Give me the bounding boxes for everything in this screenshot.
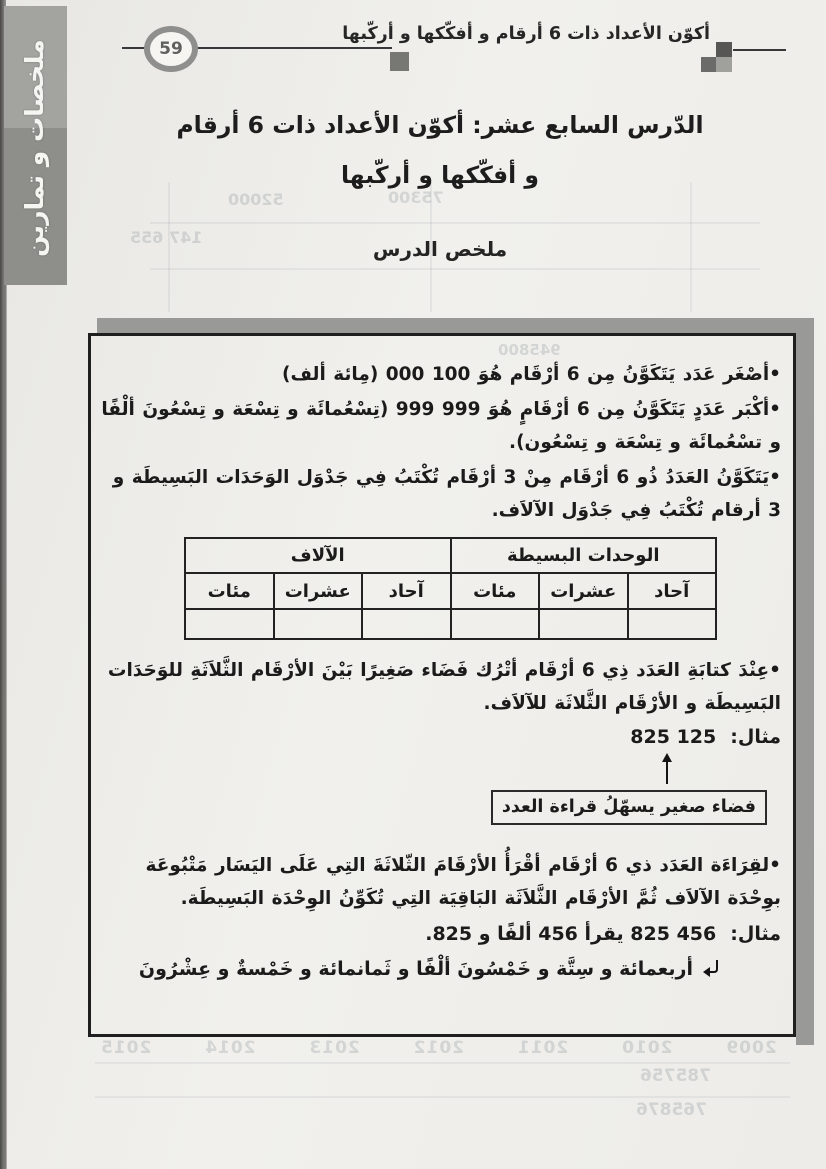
running-header-title: أكوّن الأعداد ذات 6 أرقام و أفكّكها و أر… xyxy=(342,24,710,44)
empty-cell xyxy=(539,609,628,639)
col-tens: عشرات xyxy=(274,573,363,609)
header-rule-right xyxy=(733,49,786,51)
example-writing: مثال:125 825 xyxy=(101,722,781,752)
example-reading-text: 456 825 يقرأ 456 ألفًا و 825. xyxy=(425,923,716,945)
col-hundreds: مئات xyxy=(185,573,274,609)
bullet-smallest-number: •أصْغَر عَدَد يَتَكَوَّنُ مِن 6 أرْقَام … xyxy=(101,358,781,391)
example-label: مثال: xyxy=(730,726,781,748)
empty-cell xyxy=(185,609,274,639)
sidebar-label: ملخصات و تمارين xyxy=(3,10,65,286)
number-in-words: أربعمائة و سِتَّة و خَمْسُونَ ألْفًا و ث… xyxy=(101,957,723,981)
bleed-gridline xyxy=(95,1062,790,1064)
box-shadow-top xyxy=(97,318,814,333)
page-number: 59 xyxy=(159,39,183,59)
space-note-box: فضاء صغير يسهّلُ قراءة العدد xyxy=(491,790,767,825)
example-reading: مثال:456 825 يقرأ 456 ألفًا و 825. xyxy=(101,919,781,949)
spine-line xyxy=(4,284,7,1169)
empty-cell xyxy=(362,609,451,639)
lesson-title-line2: و أفكّكها و أركّبها xyxy=(130,150,750,200)
bullet-largest-number: •أكْبَر عَدَدٍ يَتَكَوَّنُ مِن 6 أرْقَام… xyxy=(101,393,781,459)
read-as-hook-arrow-icon xyxy=(701,957,723,981)
empty-cell xyxy=(451,609,540,639)
deco-square-icon xyxy=(701,57,717,72)
lesson-title-line1: الدّرس السابع عشر: أكوّن الأعداد ذات 6 أ… xyxy=(130,100,750,150)
bullet-number-structure: •يَتَكَوَّنُ العَدَدُ ذُو 6 أرْقَام مِنْ… xyxy=(101,461,781,527)
empty-cell xyxy=(628,609,717,639)
annotation-arrow xyxy=(101,752,675,786)
bleed-text: 2009 2010 2011 2012 2013 2014 2015 xyxy=(100,1038,777,1058)
deco-square-icon xyxy=(716,42,732,58)
bleed-gridline xyxy=(150,268,760,270)
deco-square-icon xyxy=(390,52,409,71)
example-number: 125 825 xyxy=(630,726,716,748)
example-label: مثال: xyxy=(730,923,781,945)
lesson-summary-box: •أصْغَر عَدَد يَتَكَوَّنُ مِن 6 أرْقَام … xyxy=(88,333,796,1037)
place-value-table: الوحدات البسيطة الآلاف آحاد عشرات مئات آ… xyxy=(184,537,717,640)
col-hundreds: مئات xyxy=(451,573,540,609)
col-tens: عشرات xyxy=(539,573,628,609)
bleed-text: 765876 xyxy=(636,1100,707,1120)
col-units: آحاد xyxy=(362,573,451,609)
table-group-simple-units: الوحدات البسيطة xyxy=(451,538,717,573)
bullet-reading-rule: •لقِرَاءَة العَدَد ذي 6 أرْقَام أقْرَأُ … xyxy=(101,849,781,915)
up-arrow-icon xyxy=(659,752,675,786)
bleed-gridline xyxy=(95,1096,790,1098)
box-shadow-right xyxy=(796,318,814,1045)
table-group-thousands: الآلاف xyxy=(185,538,451,573)
deco-square-icon xyxy=(716,57,732,72)
page-number-badge: 59 xyxy=(144,26,198,72)
bullet-writing-rule: •عِنْدَ كتابَةِ العَدَد ذِي 6 أرْقَام أت… xyxy=(101,654,781,720)
section-heading: ملخص الدرس xyxy=(130,237,750,261)
bleed-text: 785756 xyxy=(640,1066,711,1086)
col-units: آحاد xyxy=(628,573,717,609)
lesson-title: الدّرس السابع عشر: أكوّن الأعداد ذات 6 أ… xyxy=(130,100,750,200)
empty-cell xyxy=(274,609,363,639)
bleed-gridline xyxy=(150,222,760,224)
number-in-words-text: أربعمائة و سِتَّة و خَمْسُونَ ألْفًا و ث… xyxy=(139,958,693,980)
